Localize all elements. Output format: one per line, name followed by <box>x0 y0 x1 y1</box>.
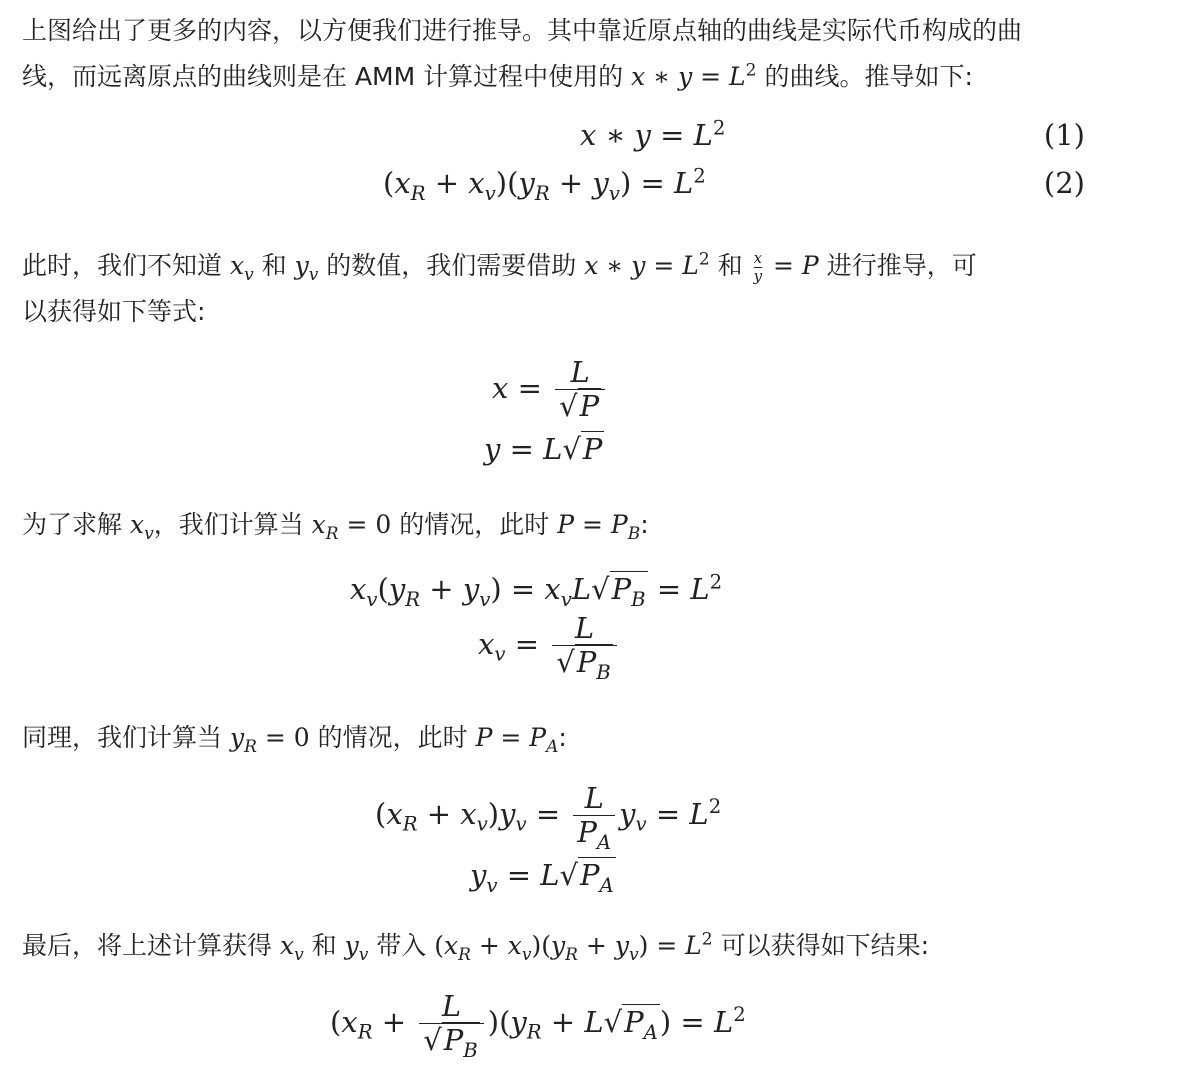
equation-1-tag: (1) <box>1044 118 1085 152</box>
equation-7: (xR + xv)yv = LPAyv = L2 <box>375 782 721 850</box>
text: 线，而远离原点的曲线则是在 AMM 计算过程中使用的 <box>22 62 623 91</box>
paragraph-4: 同理，我们计算当 yR = 0 的情况，此时 P = PA: <box>22 715 1102 761</box>
text: 的数值，我们需要借助 <box>326 251 576 280</box>
inline-math-yr-zero: yR = 0 <box>230 723 310 752</box>
text: 的曲线。推导如下: <box>764 62 972 91</box>
text: 此时，我们不知道 <box>22 251 222 280</box>
text: 带入 <box>376 931 426 960</box>
inline-math-xr-zero: xR = 0 <box>312 510 392 539</box>
inline-math-yv: yv <box>345 931 369 960</box>
equation-6: xv = L√PB <box>478 612 621 680</box>
inline-math-xv: xv <box>280 931 304 960</box>
inline-math-yv: yv <box>295 251 319 280</box>
text: ，我们计算当 <box>154 510 304 539</box>
equation-1: x ∗ y = L2 <box>580 118 725 152</box>
paragraph-intro: 上图给出了更多的内容，以方便我们进行推导。其中靠近原点轴的曲线是实际代币构成的曲… <box>22 8 1102 100</box>
equation-8: yv = L√PA <box>470 858 616 892</box>
text: 上图给出了更多的内容，以方便我们进行推导。其中靠近原点轴的曲线是实际代币构成的曲 <box>22 16 1022 45</box>
text: 和 <box>312 931 337 960</box>
inline-math-p-pa: P = PA <box>476 723 559 752</box>
equation-2: (xR + xv)(yR + yv) = L2 <box>383 166 706 200</box>
text: 的情况，此时 <box>399 510 549 539</box>
text: 进行推导，可 <box>827 251 977 280</box>
inline-math-xy: x ∗ y = L2 <box>631 62 756 91</box>
text: 的情况，此时 <box>318 723 468 752</box>
text: 为了求解 <box>22 510 122 539</box>
equation-5: xv(yR + yv) = xvL√PB = L2 <box>350 572 722 606</box>
paragraph-3: 为了求解 xv，我们计算当 xR = 0 的情况，此时 P = PB: <box>22 502 1102 548</box>
text: 和 <box>718 251 743 280</box>
text: 可以获得如下结果: <box>721 931 929 960</box>
inline-math-xv: xv <box>130 510 154 539</box>
inline-math-xv: xv <box>230 251 254 280</box>
inline-math-p-pb: P = PB <box>557 510 640 539</box>
paragraph-2: 此时，我们不知道 xv 和 yv 的数值，我们需要借助 x ∗ y = L2 和… <box>22 243 1102 335</box>
inline-math-eq2: (xR + xv)(yR + yv) = L2 <box>434 931 712 960</box>
inline-math-x-over-y: xy <box>754 250 762 284</box>
equation-9: (xR + L√PB)(yR + L√PA) = L2 <box>330 990 746 1058</box>
text: 以获得如下等式: <box>22 297 205 326</box>
text: 最后，将上述计算获得 <box>22 931 272 960</box>
equation-4: y = L√P <box>484 432 604 466</box>
equation-2-tag: (2) <box>1044 166 1085 200</box>
equation-3: x = L√P <box>492 356 609 424</box>
text: 同理，我们计算当 <box>22 723 222 752</box>
paragraph-5: 最后，将上述计算获得 xv 和 yv 带入 (xR + xv)(yR + yv)… <box>22 923 1102 969</box>
inline-math-xy: x ∗ y = L2 <box>584 251 709 280</box>
text: 和 <box>262 251 287 280</box>
